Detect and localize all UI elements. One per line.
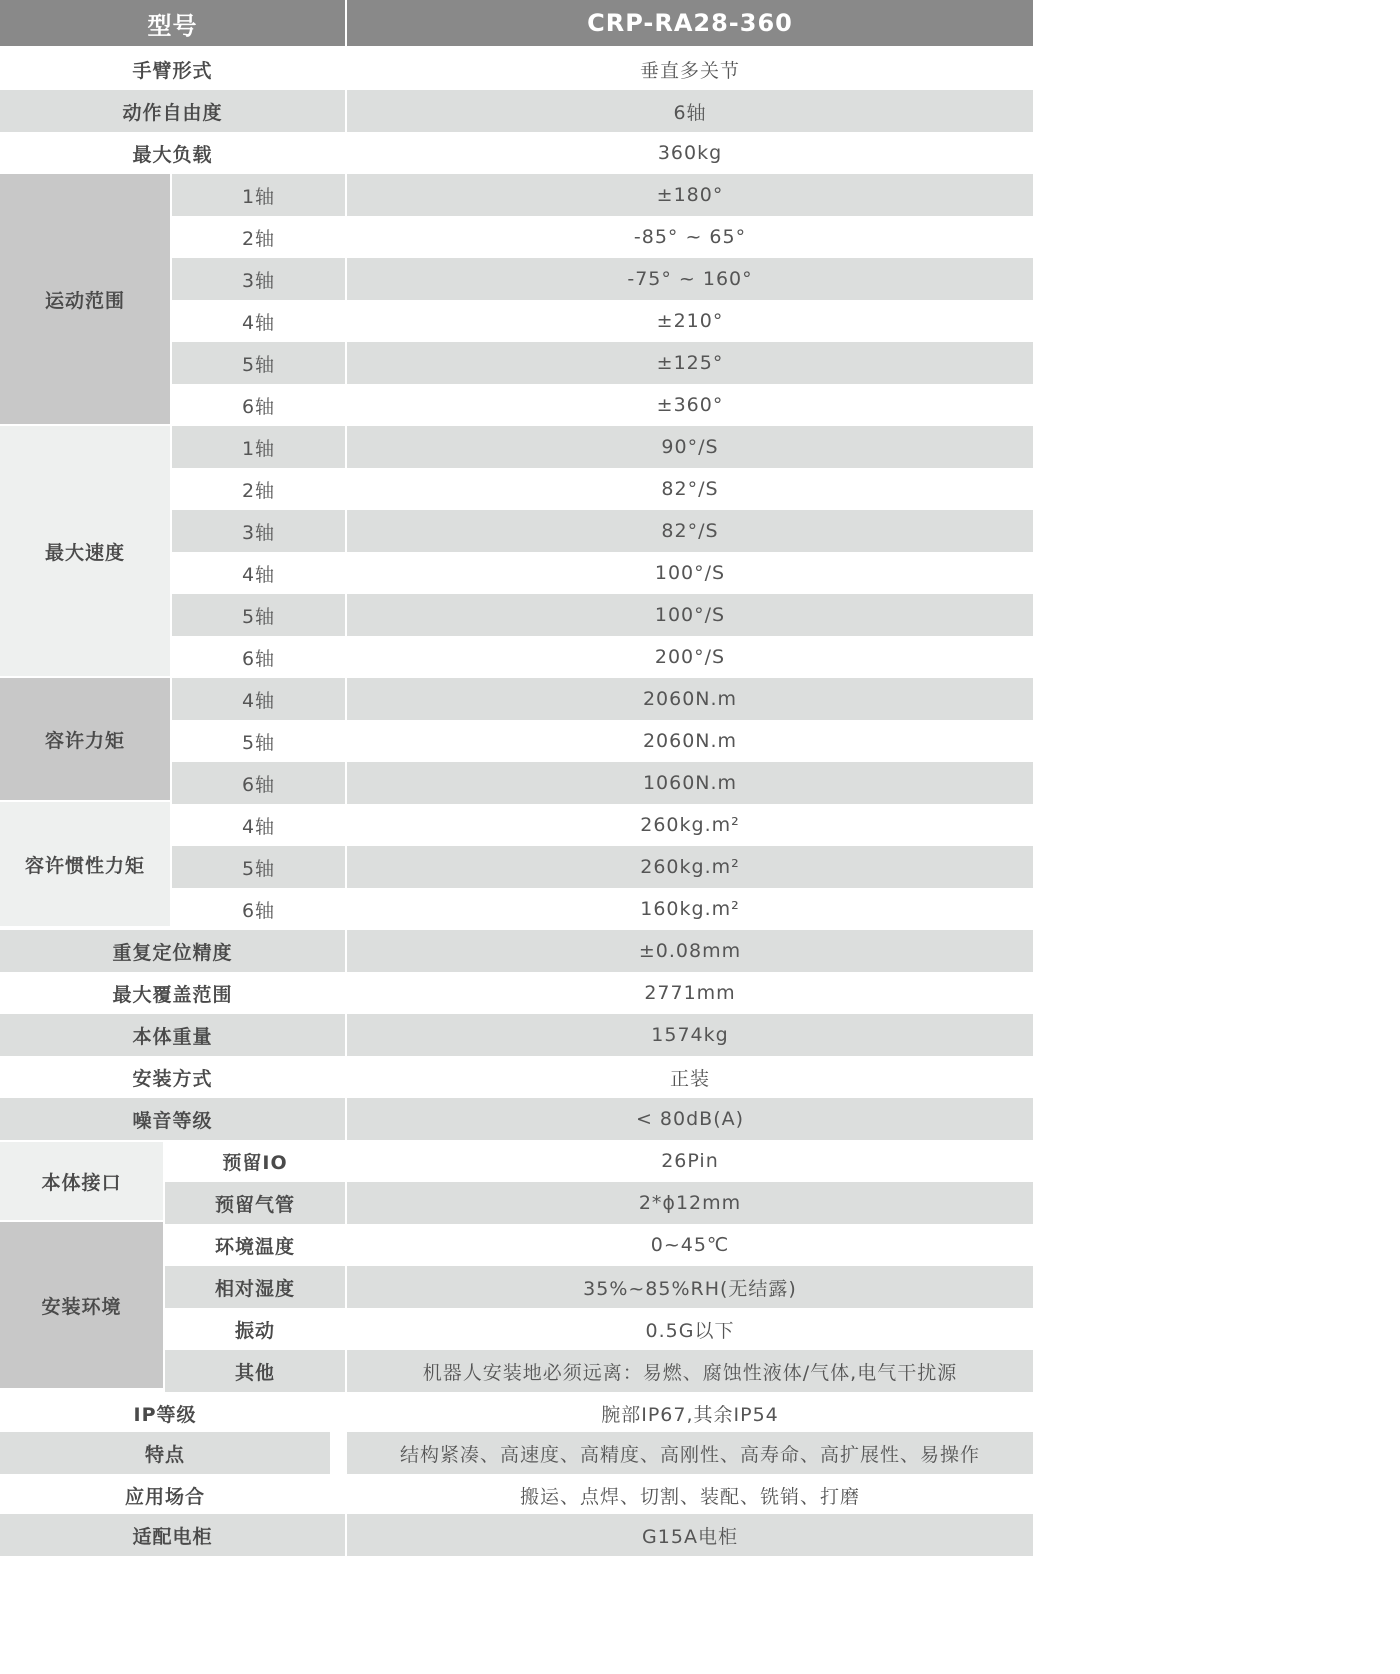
table-row: 其他 机器人安装地必须远离：易燃、腐蚀性液体/气体,电气干扰源 bbox=[0, 1350, 1033, 1392]
table-header: 型号 CRP-RA28-360 bbox=[0, 0, 1033, 46]
table-row: 4轴 ±210° bbox=[0, 300, 1033, 342]
table-row: 2轴 -85° ~ 65° bbox=[0, 216, 1033, 258]
table-row: 1轴 90°/S bbox=[0, 426, 1033, 468]
row-value: 160kg.m² bbox=[347, 888, 1033, 930]
axis-label: 6轴 bbox=[172, 384, 345, 426]
axis-label: 3轴 bbox=[172, 258, 345, 300]
row-value: 360kg bbox=[347, 132, 1033, 174]
table-row: 特点 结构紧凑、高速度、高精度、高刚性、高寿命、高扩展性、易操作 bbox=[0, 1432, 1033, 1474]
axis-label: 4轴 bbox=[172, 300, 345, 342]
row-value: 100°/S bbox=[347, 594, 1033, 636]
row-value: ±0.08mm bbox=[347, 930, 1033, 972]
table-row: 手臂形式 垂直多关节 bbox=[0, 48, 1033, 90]
table-row: 最大负载 360kg bbox=[0, 132, 1033, 174]
table-row: 重复定位精度 ±0.08mm bbox=[0, 930, 1033, 972]
table-row: 1轴 ±180° bbox=[0, 174, 1033, 216]
table-row: 5轴 ±125° bbox=[0, 342, 1033, 384]
sub-label: 振动 bbox=[165, 1308, 345, 1350]
header-model: CRP-RA28-360 bbox=[347, 0, 1033, 46]
row-value: 1574kg bbox=[347, 1014, 1033, 1056]
table-row: 5轴 100°/S bbox=[0, 594, 1033, 636]
row-value: 搬运、点焊、切割、装配、铣销、打磨 bbox=[347, 1474, 1033, 1516]
sub-label: 预留IO bbox=[165, 1140, 345, 1182]
row-value: < 80dB(A) bbox=[347, 1098, 1033, 1140]
axis-label: 6轴 bbox=[172, 888, 345, 930]
table-row: 5轴 2060N.m bbox=[0, 720, 1033, 762]
sub-label: 预留气管 bbox=[165, 1182, 345, 1224]
axis-label: 6轴 bbox=[172, 636, 345, 678]
row-label: 手臂形式 bbox=[0, 48, 345, 90]
row-value: -75° ~ 160° bbox=[347, 258, 1033, 300]
table-row: 预留气管 2*ϕ12mm bbox=[0, 1182, 1033, 1224]
row-label: IP等级 bbox=[0, 1392, 330, 1434]
row-value: ±360° bbox=[347, 384, 1033, 426]
row-value: 0~45℃ bbox=[347, 1224, 1033, 1266]
table-row: 3轴 82°/S bbox=[0, 510, 1033, 552]
row-value: G15A电柜 bbox=[347, 1514, 1033, 1556]
table-row: 6轴 ±360° bbox=[0, 384, 1033, 426]
axis-label: 5轴 bbox=[172, 720, 345, 762]
row-value: 2060N.m bbox=[347, 720, 1033, 762]
row-value: 260kg.m² bbox=[347, 846, 1033, 888]
row-label: 安装方式 bbox=[0, 1056, 345, 1098]
row-label: 噪音等级 bbox=[0, 1098, 345, 1140]
row-value: 100°/S bbox=[347, 552, 1033, 594]
row-label: 本体重量 bbox=[0, 1014, 345, 1056]
header-label: 型号 bbox=[0, 0, 345, 46]
table-row: 应用场合 搬运、点焊、切割、装配、铣销、打磨 bbox=[0, 1474, 1033, 1516]
row-value: ±210° bbox=[347, 300, 1033, 342]
table-row: 5轴 260kg.m² bbox=[0, 846, 1033, 888]
row-value: 35%~85%RH(无结露) bbox=[347, 1266, 1033, 1308]
table-row: IP等级 腕部IP67,其余IP54 bbox=[0, 1392, 1033, 1434]
row-label: 适配电柜 bbox=[0, 1514, 345, 1556]
sub-label: 环境温度 bbox=[165, 1224, 345, 1266]
row-label: 特点 bbox=[0, 1432, 330, 1474]
row-value: 2771mm bbox=[347, 972, 1033, 1014]
table-row: 6轴 160kg.m² bbox=[0, 888, 1033, 930]
row-label: 最大负载 bbox=[0, 132, 345, 174]
row-value: 1060N.m bbox=[347, 762, 1033, 804]
table-row: 振动 0.5G以下 bbox=[0, 1308, 1033, 1350]
row-value: 200°/S bbox=[347, 636, 1033, 678]
table-row: 4轴 2060N.m bbox=[0, 678, 1033, 720]
axis-label: 6轴 bbox=[172, 762, 345, 804]
row-value: 82°/S bbox=[347, 510, 1033, 552]
axis-label: 5轴 bbox=[172, 846, 345, 888]
table-row: 6轴 1060N.m bbox=[0, 762, 1033, 804]
row-value: 90°/S bbox=[347, 426, 1033, 468]
row-label: 最大覆盖范围 bbox=[0, 972, 345, 1014]
row-value: 2*ϕ12mm bbox=[347, 1182, 1033, 1224]
table-row: 动作自由度 6轴 bbox=[0, 90, 1033, 132]
axis-label: 3轴 bbox=[172, 510, 345, 552]
table-row: 4轴 100°/S bbox=[0, 552, 1033, 594]
axis-label: 1轴 bbox=[172, 426, 345, 468]
axis-label: 5轴 bbox=[172, 342, 345, 384]
row-value: 82°/S bbox=[347, 468, 1033, 510]
table-row: 适配电柜 G15A电柜 bbox=[0, 1514, 1033, 1556]
table-row: 4轴 260kg.m² bbox=[0, 804, 1033, 846]
row-value: 6轴 bbox=[347, 90, 1033, 132]
table-row: 6轴 200°/S bbox=[0, 636, 1033, 678]
row-value: 260kg.m² bbox=[347, 804, 1033, 846]
axis-label: 4轴 bbox=[172, 678, 345, 720]
table-row: 本体重量 1574kg bbox=[0, 1014, 1033, 1056]
axis-label: 4轴 bbox=[172, 804, 345, 846]
row-label: 重复定位精度 bbox=[0, 930, 345, 972]
row-value: 垂直多关节 bbox=[347, 48, 1033, 90]
table-row: 3轴 -75° ~ 160° bbox=[0, 258, 1033, 300]
axis-label: 2轴 bbox=[172, 468, 345, 510]
table-row: 相对湿度 35%~85%RH(无结露) bbox=[0, 1266, 1033, 1308]
row-value: ±125° bbox=[347, 342, 1033, 384]
row-value: -85° ~ 65° bbox=[347, 216, 1033, 258]
axis-label: 4轴 bbox=[172, 552, 345, 594]
axis-label: 5轴 bbox=[172, 594, 345, 636]
table-row: 环境温度 0~45℃ bbox=[0, 1224, 1033, 1266]
axis-label: 1轴 bbox=[172, 174, 345, 216]
sub-label: 相对湿度 bbox=[165, 1266, 345, 1308]
table-row: 噪音等级 < 80dB(A) bbox=[0, 1098, 1033, 1140]
sub-label: 其他 bbox=[165, 1350, 345, 1392]
row-value: 26Pin bbox=[347, 1140, 1033, 1182]
row-label: 动作自由度 bbox=[0, 90, 345, 132]
axis-label: 2轴 bbox=[172, 216, 345, 258]
row-label: 应用场合 bbox=[0, 1474, 330, 1516]
row-value: 正装 bbox=[347, 1056, 1033, 1098]
row-value: 2060N.m bbox=[347, 678, 1033, 720]
row-value: 0.5G以下 bbox=[347, 1308, 1033, 1350]
table-row: 最大覆盖范围 2771mm bbox=[0, 972, 1033, 1014]
row-value: 腕部IP67,其余IP54 bbox=[347, 1392, 1033, 1434]
row-value: 机器人安装地必须远离：易燃、腐蚀性液体/气体,电气干扰源 bbox=[347, 1350, 1033, 1392]
row-value: 结构紧凑、高速度、高精度、高刚性、高寿命、高扩展性、易操作 bbox=[347, 1432, 1033, 1474]
row-value: ±180° bbox=[347, 174, 1033, 216]
table-row: 2轴 82°/S bbox=[0, 468, 1033, 510]
table-row: 预留IO 26Pin bbox=[0, 1140, 1033, 1182]
table-row: 安装方式 正装 bbox=[0, 1056, 1033, 1098]
